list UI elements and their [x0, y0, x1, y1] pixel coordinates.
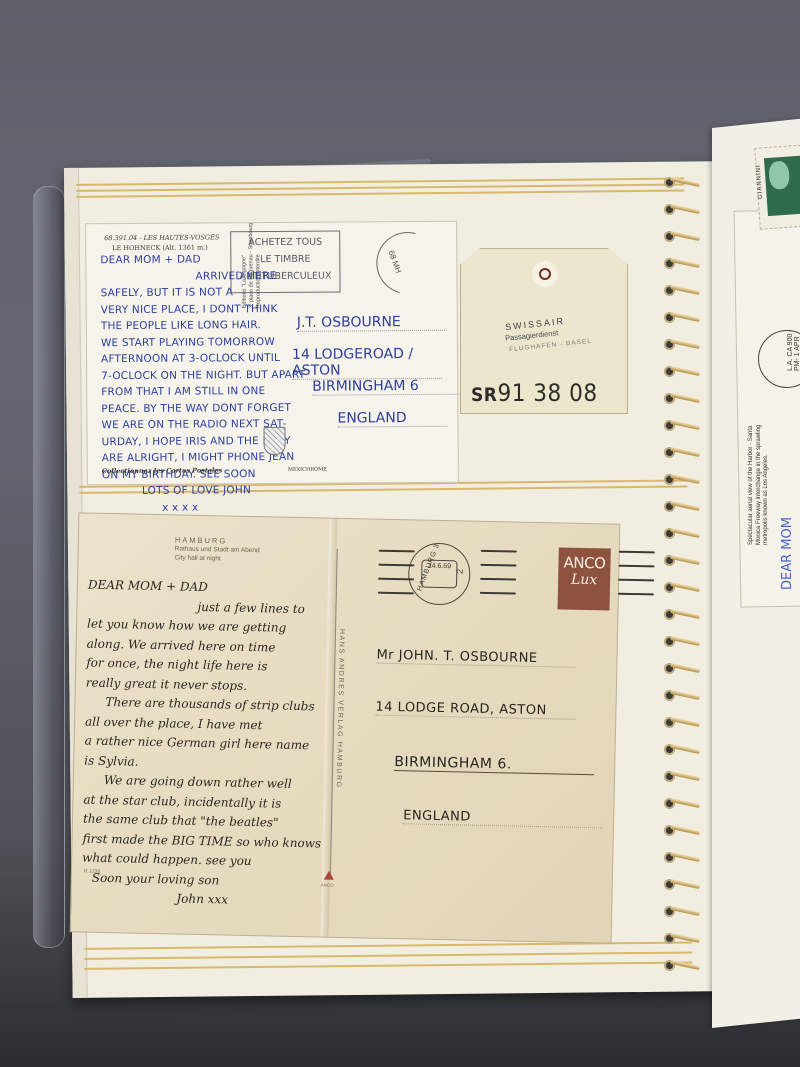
message-line: LOTS OF LOVE JOHN	[102, 482, 262, 500]
spiral-ring	[660, 958, 700, 974]
address-line-4: ENGLAND	[403, 808, 603, 828]
address-line-1: Mr JOHN. T. OSBOURNE	[376, 648, 576, 668]
spiral-ring	[660, 850, 700, 866]
spiral-ring	[660, 688, 700, 704]
footer-brand: MEXICHROME	[288, 467, 327, 473]
anco-logo-label: ANCO	[321, 883, 334, 888]
stamp-name: GIANNINI	[756, 164, 764, 199]
spiral-ring	[660, 769, 700, 785]
la-postmark-text: L.A. CA 900 -PM- 1 APR	[787, 329, 800, 371]
message-line: ARRIVED HERE	[100, 268, 260, 286]
handwritten-message: DEAR MOM + DADjust a few lines tolet you…	[81, 576, 328, 912]
caption-english: City hall at night	[174, 553, 259, 564]
spiral-ring	[660, 661, 700, 677]
wave-line	[378, 564, 414, 567]
address-line-2: 14 LODGEROAD / ASTON	[292, 346, 442, 380]
spiral-ring	[660, 445, 700, 461]
spiral-ring	[660, 202, 700, 218]
wave-line	[480, 564, 516, 567]
message-line: John xxx	[81, 888, 321, 913]
spiral-ring	[660, 715, 700, 731]
spiral-ring	[660, 931, 700, 947]
message-line: URDAY, I HOPE IRIS AND THE BABY	[102, 433, 262, 451]
postmark-number: 2	[455, 569, 465, 574]
message-line: ARE ALRIGHT, I MIGHT PHONE JEAN	[102, 449, 262, 467]
address-line-2: 14 LODGE ROAD, ASTON	[375, 700, 575, 720]
postmark-partial: 68 MH	[365, 221, 450, 306]
spiral-ring	[660, 877, 700, 893]
la-caption-line: Spectacular aerial view of the Harbor - …	[748, 425, 756, 545]
address-line-4: ENGLAND	[337, 410, 447, 428]
spiral-ring	[660, 796, 700, 812]
tag-digits: 91 38 08	[497, 379, 597, 407]
spiral-ring	[660, 499, 700, 515]
la-caption-line: Monica Freeway interchange in the sprawl…	[756, 425, 764, 545]
stamp-brand-bottom: Lux	[558, 571, 610, 588]
message-line: THE PEOPLE LIKE LONG HAIR.	[101, 317, 261, 335]
spiral-ring	[660, 823, 700, 839]
footer-printed: Collectionnez les Cartes Postales	[102, 466, 223, 475]
spiral-ring	[660, 310, 700, 326]
spiral-ring	[660, 337, 700, 353]
printed-caption: HAMBURG Rathaus und Stadt am Abend City …	[174, 535, 259, 564]
spiral-ring	[660, 283, 700, 299]
la-caption: Spectacular aerial view of the Harbor - …	[748, 425, 771, 545]
wave-line	[379, 550, 415, 553]
spiral-ring	[660, 580, 700, 596]
spiral-ring	[660, 634, 700, 650]
wave-line	[378, 578, 414, 581]
tag-prefix: SR	[471, 384, 497, 406]
stamp-portrait	[768, 161, 790, 190]
crest-emblem	[264, 427, 286, 455]
spiral-ring	[660, 175, 700, 191]
page-stripe	[84, 951, 692, 959]
spiral-ring	[660, 256, 700, 272]
message-line: FROM THAT I AM STILL IN ONE	[101, 383, 261, 401]
spiral-ring	[660, 364, 700, 380]
handwritten-message: DEAR MOM + DADARRIVED HERESAFELY, BUT IT…	[100, 251, 262, 516]
tag-eyelet	[532, 261, 558, 287]
stamp-brand-top: ANCO	[558, 547, 610, 572]
message-line: WE ARE ON THE RADIO NEXT SAT-	[101, 416, 261, 434]
address-line-3: BIRMINGHAM 6.	[394, 754, 594, 775]
spiral-ring	[660, 904, 700, 920]
album-binding-sleeve	[33, 186, 65, 948]
postcard-hamburg: HAMBURG Rathaus und Stadt am Abend City …	[70, 512, 621, 943]
wave-line	[480, 578, 516, 581]
tag-number: SR91 38 08	[471, 379, 598, 407]
message-line: AFTERNOON AT 3-OCLOCK UNTIL	[101, 350, 261, 368]
spiral-ring	[660, 472, 700, 488]
spiral-ring	[660, 391, 700, 407]
spiral-binding	[660, 175, 710, 975]
la-handwriting: DEAR MOM	[780, 517, 795, 590]
la-caption-line: metropolis known as Los Angeles.	[763, 425, 771, 545]
spiral-ring	[660, 742, 700, 758]
spiral-ring	[660, 418, 700, 434]
message-line: VERY NICE PLACE, I DONT THINK	[101, 301, 261, 319]
postmark-text: 68 MH	[386, 249, 403, 274]
anco-logo-icon	[324, 871, 334, 880]
postmark-date: 24.6.69	[421, 560, 458, 589]
wave-line	[378, 592, 414, 595]
message-line: DEAR MOM + DAD	[100, 251, 260, 269]
spiral-ring	[660, 526, 700, 542]
message-line: WE START PLAYING TOMORROW	[101, 334, 261, 352]
hamburg-postmark: HAMBURG 3 24.6.69 2	[408, 542, 471, 605]
message-line: PEACE. BY THE WAY DONT FORGET	[101, 400, 261, 418]
spiral-ring	[660, 229, 700, 245]
postcard-hohneck: 68.391.04 - LES HAUTES-VOSGES LE HOHNECK…	[85, 221, 459, 486]
green-postage-stamp: GIANNINI	[754, 144, 800, 229]
page-stripe	[84, 961, 692, 969]
publisher-text: HANS ANDRES VERLAG HAMBURG	[335, 629, 345, 789]
spiral-ring	[660, 607, 700, 623]
wave-line	[481, 550, 517, 553]
serial-number: R 1239	[84, 869, 100, 875]
anco-lux-stamp: ANCO Lux	[558, 547, 611, 610]
printed-header: 68.391.04 - LES HAUTES-VOSGES	[104, 233, 219, 242]
address-line-1: J.T. OSBOURNE	[297, 314, 447, 332]
swissair-luggage-tag: SWISSAIR Passagierdienst FLUGHAFEN - BAS…	[460, 248, 628, 414]
spiral-ring	[660, 553, 700, 569]
address-line-3: BIRMINGHAM 6	[312, 378, 462, 396]
message-line: SAFELY, BUT IT IS NOT A	[101, 284, 261, 302]
message-line: 7-OCLOCK ON THE NIGHT. BUT APART	[101, 367, 261, 385]
wave-line	[480, 592, 516, 595]
